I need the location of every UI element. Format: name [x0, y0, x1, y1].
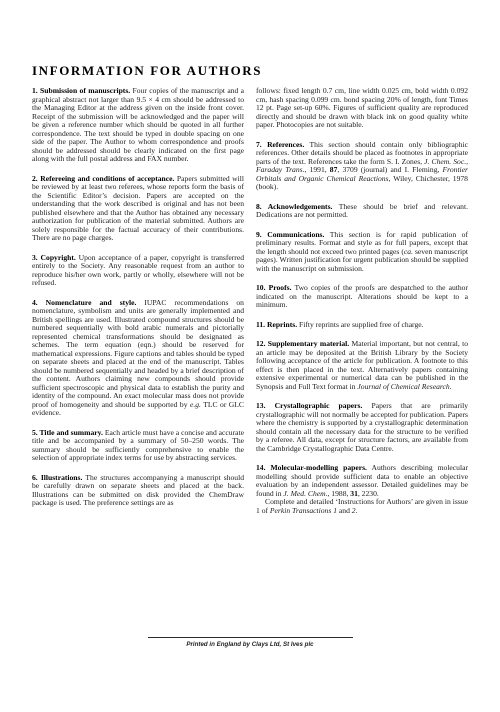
- paragraph-text: .: [356, 506, 358, 515]
- paragraph: 1. Submission of manuscripts. Four copie…: [32, 87, 244, 164]
- paragraph-text: follows: fixed length 0.7 cm, line width…: [256, 86, 468, 129]
- paragraph-text: and: [337, 506, 352, 515]
- page-title: INFORMATION FOR AUTHORS: [32, 63, 262, 79]
- footer-divider: [148, 637, 353, 638]
- paragraph: follows: fixed length 0.7 cm, line width…: [256, 87, 468, 130]
- paragraph: 13. Crystallographic papers. Papers that…: [256, 402, 468, 453]
- paragraph-text: Papers submitted will be reviewed by at …: [32, 174, 244, 243]
- paragraph: 3. Copyright. Upon acceptance of a paper…: [32, 254, 244, 288]
- paragraph-text: Papers that are primarily crystallograph…: [256, 401, 468, 453]
- paragraph: 9. Communications. This section is for r…: [256, 231, 468, 274]
- paragraph: 6. Illustrations. The structures accompa…: [32, 474, 244, 508]
- journal-info-page: INFORMATION FOR AUTHORS 1. Submission of…: [0, 0, 500, 712]
- paragraph-text: Fifty reprints are supplied free of char…: [297, 320, 423, 329]
- paragraph: 5. Title and summary. Each article must …: [32, 429, 244, 463]
- printer-imprint: Printed in England by Clays Ltd, St Ives…: [0, 641, 500, 648]
- paragraph: 7. References. This section should conta…: [256, 141, 468, 192]
- left-column: 1. Submission of manuscripts. Four copie…: [32, 87, 244, 508]
- paragraph: 8. Acknowledgements. These should be bri…: [256, 203, 468, 220]
- paragraph: 14. Molecular-modelling papers. Authors …: [256, 464, 468, 498]
- paragraph-text: Four copies of the manuscript and a grap…: [32, 86, 244, 163]
- paragraph: 10. Proofs. Two copies of the proofs are…: [256, 284, 468, 310]
- italic-text: Perkin Transactions 1: [270, 506, 337, 515]
- paragraph: 12. Supplementary material. Material imp…: [256, 340, 468, 391]
- paragraph: 4. Nomenclature and style. IUPAC recomme…: [32, 299, 244, 418]
- italic-text: e.g.: [190, 400, 201, 409]
- right-column: follows: fixed length 0.7 cm, line width…: [256, 87, 468, 515]
- paragraph: Complete and detailed ‘Instructions for …: [256, 498, 468, 515]
- paragraph: 2. Refereeing and conditions of acceptan…: [32, 175, 244, 243]
- paragraph: 11. Reprints. Fifty reprints are supplie…: [256, 321, 468, 330]
- paragraph-text: IUPAC recommendations on nomenclature, s…: [32, 298, 244, 409]
- section-heading: 11. Reprints.: [256, 320, 297, 329]
- italic-text: Journal of Chemical Research.: [357, 382, 451, 391]
